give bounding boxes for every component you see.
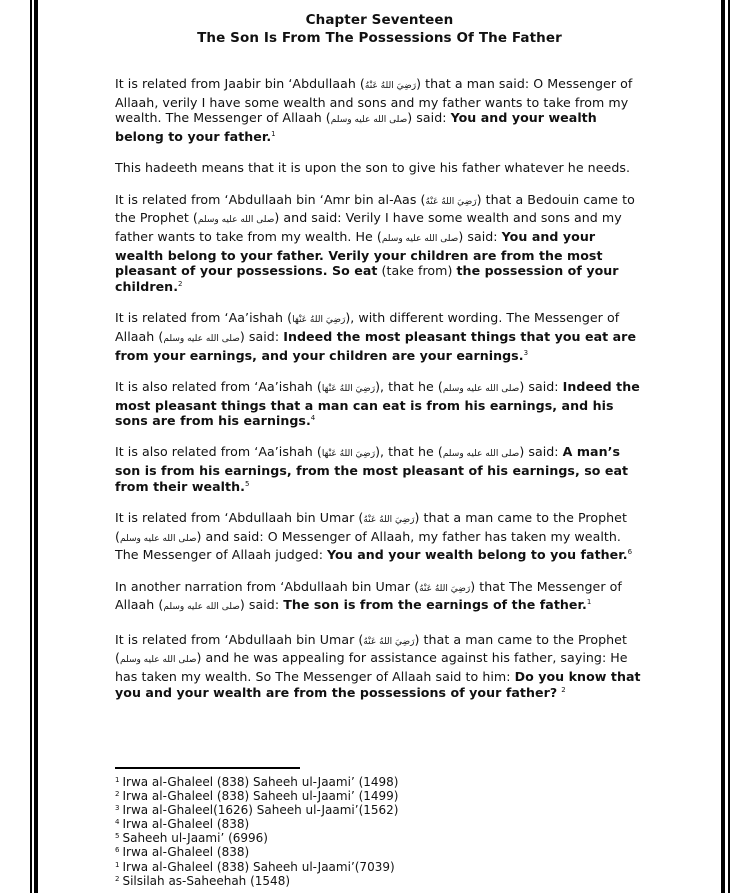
- arabic-honorific: رَضِيَ اللهُ عَنْهُ: [363, 637, 414, 647]
- footnote-ref[interactable]: 6: [628, 548, 633, 556]
- footnotes-list: 1Irwa al-Ghaleel (838) Saheeh ul-Jaami’ …: [115, 775, 398, 888]
- arabic-honorific: رَضِيَ اللهُ عَنْهَا: [322, 449, 375, 459]
- footnote-item: 5Saheeh ul-Jaami’ (6996): [115, 831, 398, 845]
- chapter-body: It is related from Jaabir bin ‘Abdullaah…: [115, 76, 645, 716]
- arabic-honorific: رَضِيَ اللهُ عَنْهَا: [292, 315, 345, 325]
- footnote-item: 2Silsilah as-Saheehah (1548): [115, 874, 398, 888]
- hadeeth-quote: The son is from the earnings of the fath…: [283, 597, 587, 612]
- page-border-left-thin: [30, 0, 32, 893]
- hadeeth-paragraph: It is related from ‘Abdullaah bin Umar (…: [115, 510, 645, 563]
- hadeeth-paragraph: In another narration from ‘Abdullaah bin…: [115, 579, 645, 616]
- commentary-paragraph: This hadeeth means that it is upon the s…: [115, 160, 645, 176]
- footnote-number: 4: [115, 818, 119, 826]
- arabic-salutation: صلى الله عليه وسلم: [198, 215, 275, 225]
- arabic-salutation: صلى الله عليه وسلم: [331, 115, 408, 125]
- footnote-text: Irwa al-Ghaleel (838): [122, 817, 249, 831]
- footnote-item: 1Irwa al-Ghaleel (838) Saheeh ul-Jaami’ …: [115, 775, 398, 789]
- arabic-honorific: رَضِيَ اللهُ عَنْهُ: [419, 584, 470, 594]
- hadeeth-paragraph: It is related from ‘Abdullaah bin Umar (…: [115, 632, 645, 701]
- footnote-number: 6: [115, 846, 119, 854]
- footnote-ref[interactable]: 2: [561, 686, 566, 694]
- arabic-honorific: رَضِيَ اللهُ عَنْهَا: [322, 384, 375, 394]
- footnote-text: Irwa al-Ghaleel (838) Saheeh ul-Jaami’ (…: [122, 775, 398, 789]
- footnote-number: 1: [115, 776, 119, 784]
- arabic-salutation: صلى الله عليه وسلم: [443, 449, 520, 459]
- footnote-number: 1: [115, 861, 119, 869]
- page-border-left-thick: [34, 0, 38, 893]
- hadeeth-quote: You and your wealth belong to you father…: [327, 547, 628, 562]
- footnote-ref[interactable]: 4: [311, 414, 316, 422]
- hadeeth-paragraph: It is also related from ‘Aa’ishah (رَضِي…: [115, 379, 645, 429]
- footnote-item: 2Irwa al-Ghaleel (838) Saheeh ul-Jaami’ …: [115, 789, 398, 803]
- page-border-right-thick: [721, 0, 725, 893]
- footnote-text: Irwa al-Ghaleel (838) Saheeh ul-Jaami’(7…: [122, 860, 394, 874]
- footnote-number: 2: [115, 875, 119, 883]
- arabic-salutation: صلى الله عليه وسلم: [163, 334, 240, 344]
- footnote-text: Irwa al-Ghaleel (838) Saheeh ul-Jaami’ (…: [122, 789, 398, 803]
- arabic-salutation: صلى الله عليه وسلم: [120, 655, 197, 665]
- arabic-honorific: رَضِيَ اللهُ عَنْهُ: [363, 515, 414, 525]
- hadeeth-paragraph: It is related from Jaabir bin ‘Abdullaah…: [115, 76, 645, 145]
- chapter-number: Chapter Seventeen: [38, 11, 721, 29]
- footnote-item: 3Irwa al-Ghaleel(1626) Saheeh ul-Jaami’(…: [115, 803, 398, 817]
- arabic-salutation: صلى الله عليه وسلم: [443, 384, 520, 394]
- footnote-text: Irwa al-Ghaleel(1626) Saheeh ul-Jaami’(1…: [122, 803, 398, 817]
- chapter-header: Chapter Seventeen The Son Is From The Po…: [38, 11, 721, 47]
- arabic-salutation: صلى الله عليه وسلم: [120, 534, 197, 544]
- hadeeth-paragraph: It is related from ‘Abdullaah bin ‘Amr b…: [115, 192, 645, 295]
- footnote-item: 1Irwa al-Ghaleel (838) Saheeh ul-Jaami’(…: [115, 860, 398, 874]
- hadeeth-paragraph: It is related from ‘Aa’ishah (رَضِيَ الل…: [115, 310, 645, 363]
- footnote-ref[interactable]: 1: [587, 598, 592, 606]
- footnote-number: 2: [115, 790, 119, 798]
- footnote-ref[interactable]: 5: [245, 480, 250, 488]
- footnote-item: 6Irwa al-Ghaleel (838): [115, 845, 398, 859]
- footnote-number: 5: [115, 832, 119, 840]
- footnote-text: Silsilah as-Saheehah (1548): [122, 874, 290, 888]
- footnote-item: 4Irwa al-Ghaleel (838): [115, 817, 398, 831]
- footnote-ref[interactable]: 2: [178, 280, 183, 288]
- footnote-text: Irwa al-Ghaleel (838): [122, 845, 249, 859]
- page-border-right-thin: [728, 0, 730, 893]
- arabic-salutation: صلى الله عليه وسلم: [382, 234, 459, 244]
- chapter-title: The Son Is From The Possessions Of The F…: [38, 29, 721, 47]
- footnote-text: Saheeh ul-Jaami’ (6996): [122, 831, 268, 845]
- arabic-salutation: صلى الله عليه وسلم: [163, 602, 240, 612]
- footnote-number: 3: [115, 804, 119, 812]
- hadeeth-paragraph: It is also related from ‘Aa’ishah (رَضِي…: [115, 444, 645, 494]
- footnote-ref[interactable]: 1: [271, 130, 276, 138]
- arabic-honorific: رَضِيَ اللهُ عَنْهُ: [365, 81, 416, 91]
- arabic-honorific: رَضِيَ اللهُ عَنْهُ: [425, 197, 476, 207]
- footnote-ref[interactable]: 3: [524, 349, 529, 357]
- footnote-separator: [115, 767, 300, 769]
